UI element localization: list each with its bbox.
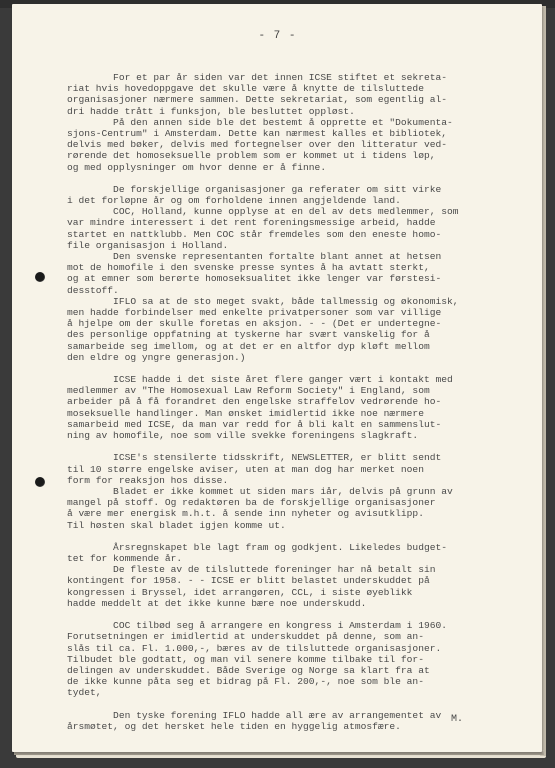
text-line: tet for kommende år.	[67, 553, 527, 564]
text-line: men hadde forbindelser med enkelte priva…	[67, 307, 527, 318]
text-line: COC, Holland, kunne opplyse at en del av…	[67, 206, 527, 217]
text-line: Bladet er ikke kommet ut siden mars iår,…	[67, 486, 527, 497]
punch-hole-icon	[35, 272, 45, 282]
text-line: medlemmer av "The Homosexual Law Reform …	[67, 385, 527, 396]
paragraph: COC, Holland, kunne opplyse at en del av…	[67, 206, 527, 251]
paragraph: Årsregnskapet ble lagt fram og godkjent.…	[67, 542, 527, 564]
text-line: Den svenske representanten fortalte blan…	[67, 251, 527, 262]
text-line: samarbeid med ICSE, da man var redd for …	[67, 419, 527, 430]
text-line: riat hvis hovedoppgave det skulle være å…	[67, 83, 527, 94]
punch-hole-icon	[35, 477, 45, 487]
text-line: den eldre og yngre generasjon.)	[67, 352, 527, 363]
paragraph: Den svenske representanten fortalte blan…	[67, 251, 527, 296]
text-line: På den annen side ble det bestemt å oppr…	[67, 117, 527, 128]
text-line: IFLO sa at de sto meget svakt, både tall…	[67, 296, 527, 307]
text-line: form for reaksjon hos disse.	[67, 475, 527, 486]
text-line: ning av homofile, noe som ville svekke f…	[67, 430, 527, 441]
text-line: slås til ca. Fl. 1.000,-, bæres av de ti…	[67, 643, 527, 654]
text-line: COC tilbød seg å arrangere en kongress i…	[67, 620, 527, 631]
document-body: For et par år siden var det innen ICSE s…	[67, 72, 527, 732]
text-line: var mindre interessert i det rent foreni…	[67, 217, 527, 228]
page-number: - 7 -	[0, 30, 555, 42]
text-line: samarbeide seg imellom, og at det er en …	[67, 341, 527, 352]
text-line: De fleste av de tilsluttede foreninger h…	[67, 564, 527, 575]
text-line: hadde meddelt at det ikke kunne bære noe…	[67, 598, 527, 609]
text-line: De forskjellige organisasjoner ga refera…	[67, 184, 527, 195]
paragraph: ICSE's stensilerte tidsskrift, NEWSLETTE…	[67, 452, 527, 486]
text-line: For et par år siden var det innen ICSE s…	[67, 72, 527, 83]
text-line: å hjelpe om der skulle foretas en aksjon…	[67, 318, 527, 329]
text-line: Forutsetningen er imidlertid at undersku…	[67, 631, 527, 642]
text-line: file organisasjon i Holland.	[67, 240, 527, 251]
text-line: kongressen i Bryssel, idet arrangøren, C…	[67, 587, 527, 598]
text-line: til 10 større engelske aviser, uten at m…	[67, 464, 527, 475]
text-line: dri hadde trått i funksjon, ble beslutte…	[67, 106, 527, 117]
text-line: moseksuelle handlinger. Man ønsket imidl…	[67, 408, 527, 419]
text-line: organisasjoner nærmere sammen. Dette sek…	[67, 94, 527, 105]
text-line: sjons-Centrum" i Amsterdam. Dette kan næ…	[67, 128, 527, 139]
text-line: startet en nattklubb. Men COC står fremd…	[67, 229, 527, 240]
text-line: ICSE's stensilerte tidsskrift, NEWSLETTE…	[67, 452, 527, 463]
paragraph: Bladet er ikke kommet ut siden mars iår,…	[67, 486, 527, 531]
text-line: delingen av underskuddet. Både Sverige o…	[67, 665, 527, 676]
text-line: i det forløpne år og om forholdene innen…	[67, 195, 527, 206]
paragraph: På den annen side ble det bestemt å oppr…	[67, 117, 527, 173]
text-line: de ikke kunne påta seg et bidrag på Fl. …	[67, 676, 527, 687]
signature: M.	[451, 714, 463, 725]
text-line: kontingent for 1958. - - ICSE er blitt b…	[67, 575, 527, 586]
paragraph: IFLO sa at de sto meget svakt, både tall…	[67, 296, 527, 363]
text-line: rørende det homoseksuelle problem som er…	[67, 150, 527, 161]
text-line: mot de homofile i den svenske presse syn…	[67, 262, 527, 273]
text-line: og med opplysninger om hvor denne er å f…	[67, 162, 527, 173]
paragraph: For et par år siden var det innen ICSE s…	[67, 72, 527, 117]
text-line: ICSE hadde i det siste året flere ganger…	[67, 374, 527, 385]
text-line: Tilbudet ble godtatt, og man vil senere …	[67, 654, 527, 665]
paragraph: De fleste av de tilsluttede foreninger h…	[67, 564, 527, 609]
text-line: å være mer energisk m.h.t. å sende inn n…	[67, 508, 527, 519]
paragraph: ICSE hadde i det siste året flere ganger…	[67, 374, 527, 441]
text-line: des personlige oppfatning at tyskerne ha…	[67, 329, 527, 340]
text-line: arbeider på å få forandret den engelske …	[67, 396, 527, 407]
text-line: og at emner som berørte homoseksualitet …	[67, 273, 527, 284]
paragraph: COC tilbød seg å arrangere en kongress i…	[67, 620, 527, 698]
text-line: tydet,	[67, 687, 527, 698]
paragraph: De forskjellige organisasjoner ga refera…	[67, 184, 527, 206]
text-line: delvis med bøker, delvis med fortegnelse…	[67, 139, 527, 150]
text-line: mangel på stoff. Og redaktøren ba de for…	[67, 497, 527, 508]
text-line: desstoff.	[67, 285, 527, 296]
text-line: Til høsten skal bladet igjen komme ut.	[67, 520, 527, 531]
text-line: Årsregnskapet ble lagt fram og godkjent.…	[67, 542, 527, 553]
